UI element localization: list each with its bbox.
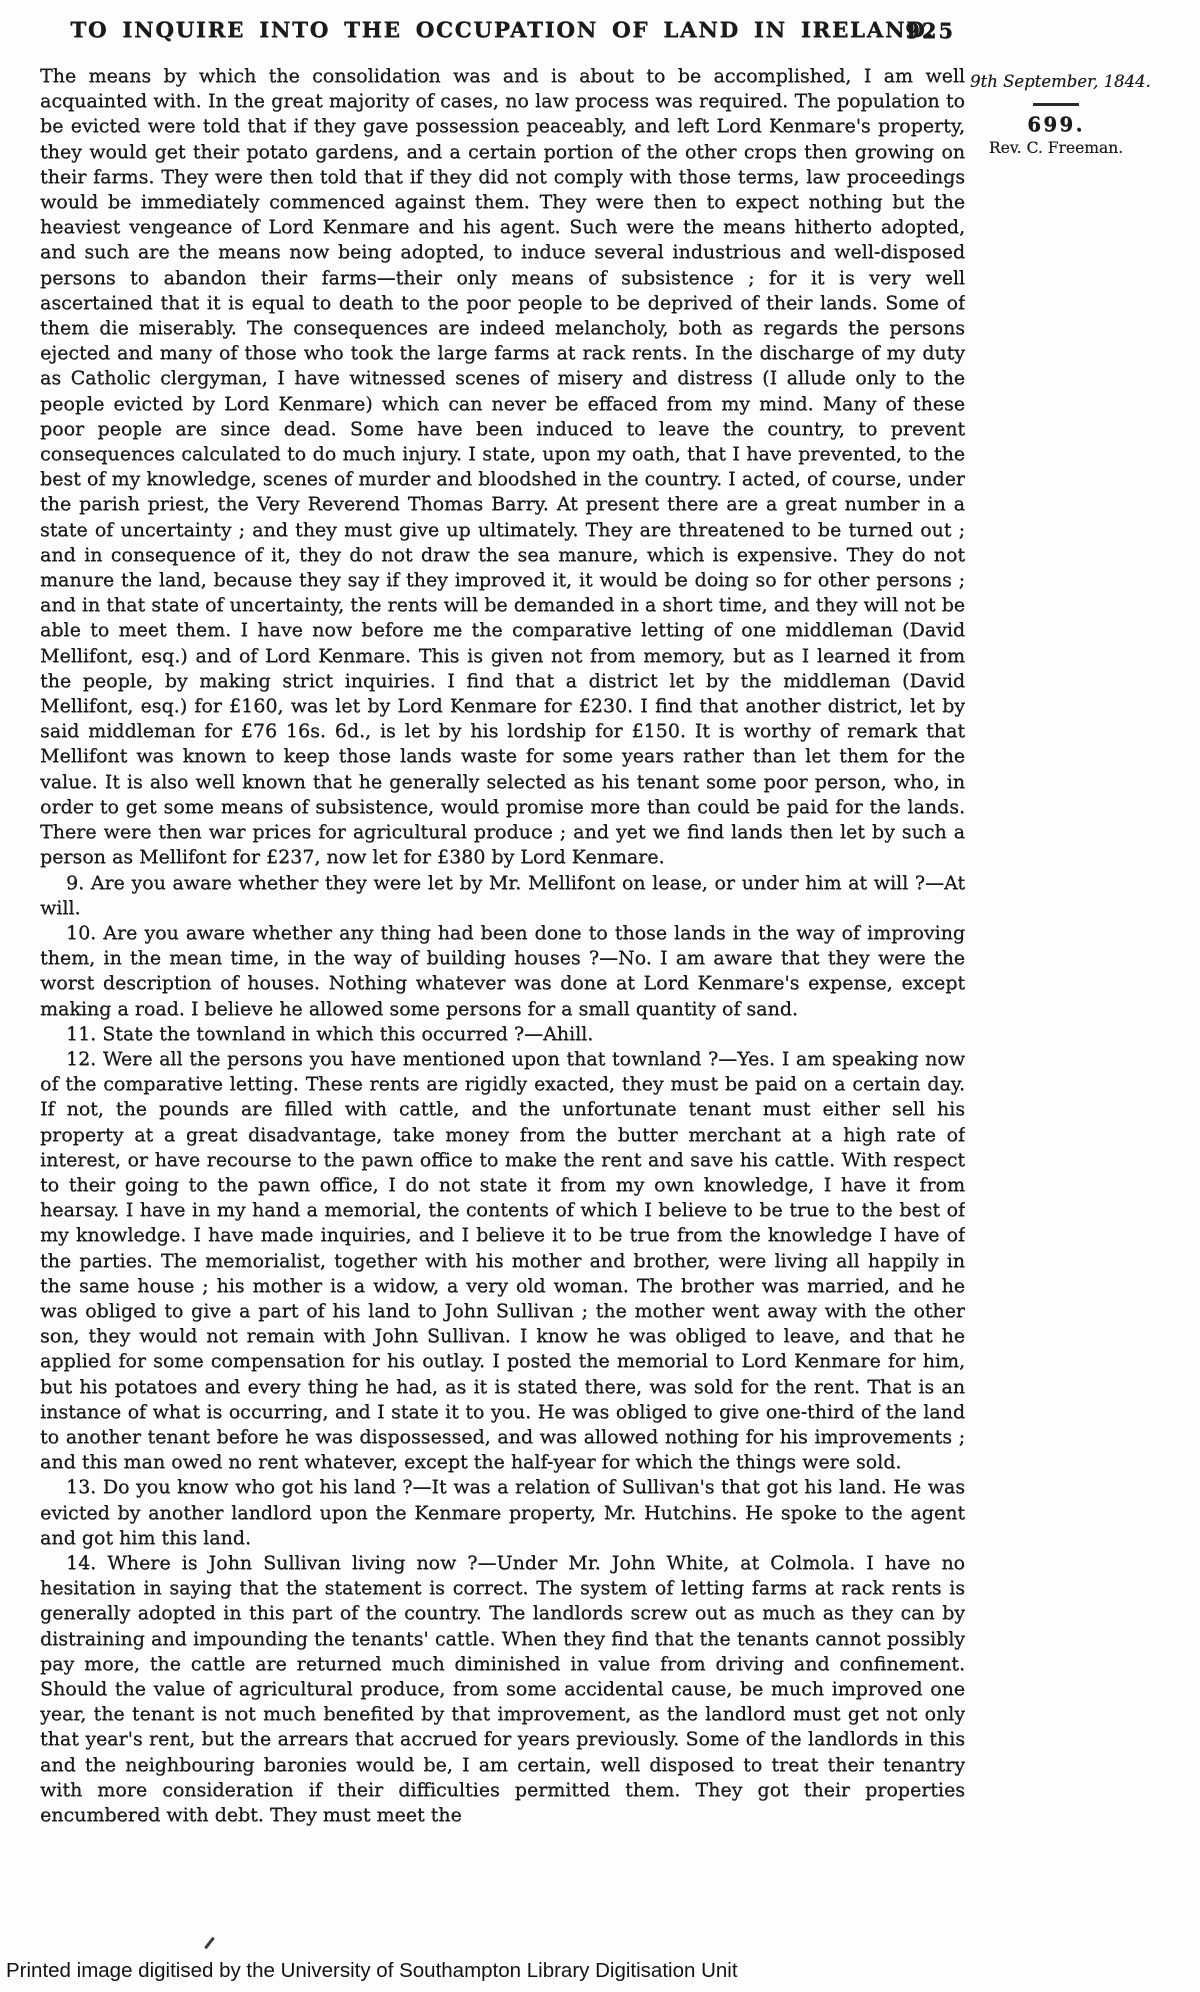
scanned-document-page: TO INQUIRE INTO THE OCCUPATION OF LAND I… — [0, 0, 1200, 1992]
running-head: TO INQUIRE INTO THE OCCUPATION OF LAND I… — [40, 18, 965, 52]
margin-session-number: 699. — [970, 113, 1142, 136]
question-11-paragraph: 11. State the townland in which this occ… — [40, 1022, 965, 1047]
page-number: 925 — [905, 18, 955, 43]
margin-notes: 9th September, 1844. 699. Rev. C. Freema… — [970, 72, 1142, 157]
margin-rule-divider — [1033, 103, 1079, 106]
question-9-paragraph: 9. Are you aware whether they were let b… — [40, 871, 965, 921]
margin-witness-name: Rev. C. Freeman. — [970, 139, 1142, 157]
question-10-paragraph: 10. Are you aware whether any thing had … — [40, 921, 965, 1022]
question-12-paragraph: 12. Were all the persons you have mentio… — [40, 1047, 965, 1475]
question-14-paragraph: 14. Where is John Sullivan living now ?—… — [40, 1551, 965, 1828]
question-13-paragraph: 13. Do you know who got his land ?—It wa… — [40, 1475, 965, 1551]
page-title: TO INQUIRE INTO THE OCCUPATION OF LAND I… — [40, 18, 965, 43]
margin-date: 9th September, 1844. — [970, 72, 1142, 91]
testimony-paragraph: The means by which the consolidation was… — [40, 64, 965, 871]
stray-ink-mark — [204, 1937, 215, 1950]
testimony-column: The means by which the consolidation was… — [40, 64, 965, 1904]
digitisation-footer: Printed image digitised by the Universit… — [6, 1959, 738, 1983]
